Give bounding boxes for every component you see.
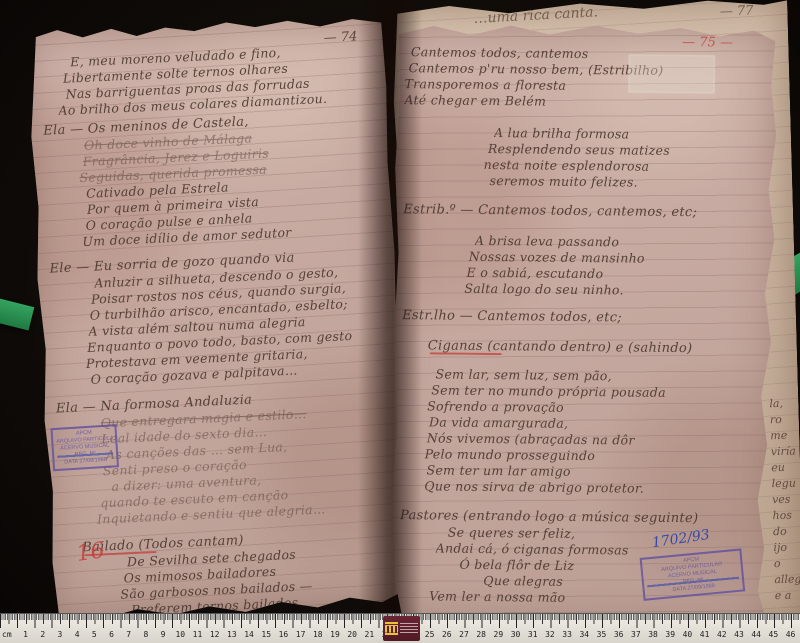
manuscript-line: seremos muito felizes.	[489, 173, 763, 192]
behind-page-number: — 77	[720, 4, 754, 20]
ruler-number: 43	[730, 630, 747, 639]
ruler-number: 12	[206, 630, 223, 639]
ruler-number: 19	[326, 630, 343, 639]
edge-fragment: hos	[772, 508, 798, 522]
archive-stamp-left: APCMARQUIVO PARTICULARACERVO MUSICALREG.…	[50, 424, 119, 471]
edge-fragment: alleg	[774, 572, 800, 586]
ruler-number: 5	[86, 630, 103, 639]
behind-page-header: …uma rica canta.	[473, 4, 598, 27]
green-strap-left	[0, 298, 34, 331]
right-page-handwriting: Cantemos todos, cantemosCantemos p'ru no…	[399, 44, 765, 608]
edge-fragment: o	[774, 556, 800, 570]
ruler-number: 45	[765, 630, 782, 639]
ruler-number: 39	[662, 630, 679, 639]
ruler-number: 17	[292, 630, 309, 639]
ruler-number: 41	[696, 630, 713, 639]
manuscript-page-right: — 75 — Cantemos todos, cantemosCantemos …	[389, 22, 781, 634]
ruler-number: 4	[69, 630, 86, 639]
ruler-number: 11	[189, 630, 206, 639]
ruler-number: 30	[507, 630, 524, 639]
ruler-number: 33	[559, 630, 576, 639]
measuring-ruler: cm 12345678910111213141516171819202122 2…	[0, 613, 800, 643]
ruler-number: 20	[344, 630, 361, 639]
ruler-number: 15	[258, 630, 275, 639]
ruler-numbers-right: 2526272829303132333435363738394041424344…	[421, 630, 800, 639]
ruler-number: 35	[593, 630, 610, 639]
ruler-number: 3	[51, 630, 68, 639]
ruler-unit-label: cm	[2, 630, 12, 639]
ruler-number: 8	[137, 630, 154, 639]
edge-fragment: ijo	[773, 540, 799, 554]
ruler-number: 10	[172, 630, 189, 639]
ruler-number: 40	[679, 630, 696, 639]
ruler-number: 28	[473, 630, 490, 639]
ruler-number: 25	[421, 630, 438, 639]
torn-edge-text-fragments: la,romeviríaeuleguveshosdoijooallege a	[769, 396, 800, 602]
manuscript-line: Até chegar em Belém	[404, 92, 764, 112]
building-icon	[385, 622, 398, 635]
manuscript-line: Salta logo do seu ninho.	[464, 281, 762, 300]
red-folio-number: 16	[75, 538, 106, 567]
ruler-number: 18	[309, 630, 326, 639]
edge-fragment: viría	[771, 444, 797, 458]
ruler-number: 6	[103, 630, 120, 639]
ruler-number: 2	[34, 630, 51, 639]
ruler-number: 31	[524, 630, 541, 639]
edge-fragment: me	[770, 428, 796, 442]
ruler-number: 21	[361, 630, 378, 639]
ruler-number: 1	[17, 630, 34, 639]
manuscript-line: Estrib.º — Cantemos todos, cantemos, etc…	[403, 202, 763, 222]
logo-caption-lines	[400, 623, 418, 635]
ruler-number: 26	[438, 630, 455, 639]
edge-fragment: ro	[770, 412, 796, 426]
manuscript-line: Estr.lho — Cantemos todos, etc;	[402, 308, 762, 328]
manuscript-photo: …uma rica canta. — 77 la,romeviríaeulegu…	[0, 0, 800, 643]
ruler-number: 9	[155, 630, 172, 639]
ruler-number: 7	[120, 630, 137, 639]
ruler-number: 32	[541, 630, 558, 639]
edge-fragment: ves	[772, 492, 798, 506]
ruler-number: 16	[275, 630, 292, 639]
ruler-number: 13	[223, 630, 240, 639]
edge-fragment: legu	[771, 476, 797, 490]
manuscript-page-left: — 74 E, meu moreno veludado e fino,Liber…	[25, 14, 411, 622]
ruler-numbers-left: 12345678910111213141516171819202122	[17, 630, 396, 639]
manuscript-line: Ciganas (cantando dentro) e (sahindo)	[428, 338, 762, 357]
ruler-number: 37	[627, 630, 644, 639]
ruler-number: 29	[490, 630, 507, 639]
manuscript-line: Que nos sirva de abrigo protetor.	[424, 478, 760, 498]
ruler-number: 27	[455, 630, 472, 639]
edge-fragment: e a	[775, 588, 800, 602]
left-page-handwriting: E, meu moreno veludado e fino,Libertamen…	[40, 41, 401, 622]
archive-logo-badge	[383, 616, 420, 641]
ruler-number: 14	[240, 630, 257, 639]
edge-fragment: eu	[771, 460, 797, 474]
ruler-number: 38	[644, 630, 661, 639]
ruler-number: 44	[748, 630, 765, 639]
edge-fragment: la,	[769, 396, 795, 410]
erased-patch	[628, 54, 714, 93]
ruler-number: 42	[713, 630, 730, 639]
ruler-number: 46	[782, 630, 799, 639]
ruler-number: 34	[576, 630, 593, 639]
ruler-number: 36	[610, 630, 627, 639]
edge-fragment: do	[773, 524, 799, 538]
